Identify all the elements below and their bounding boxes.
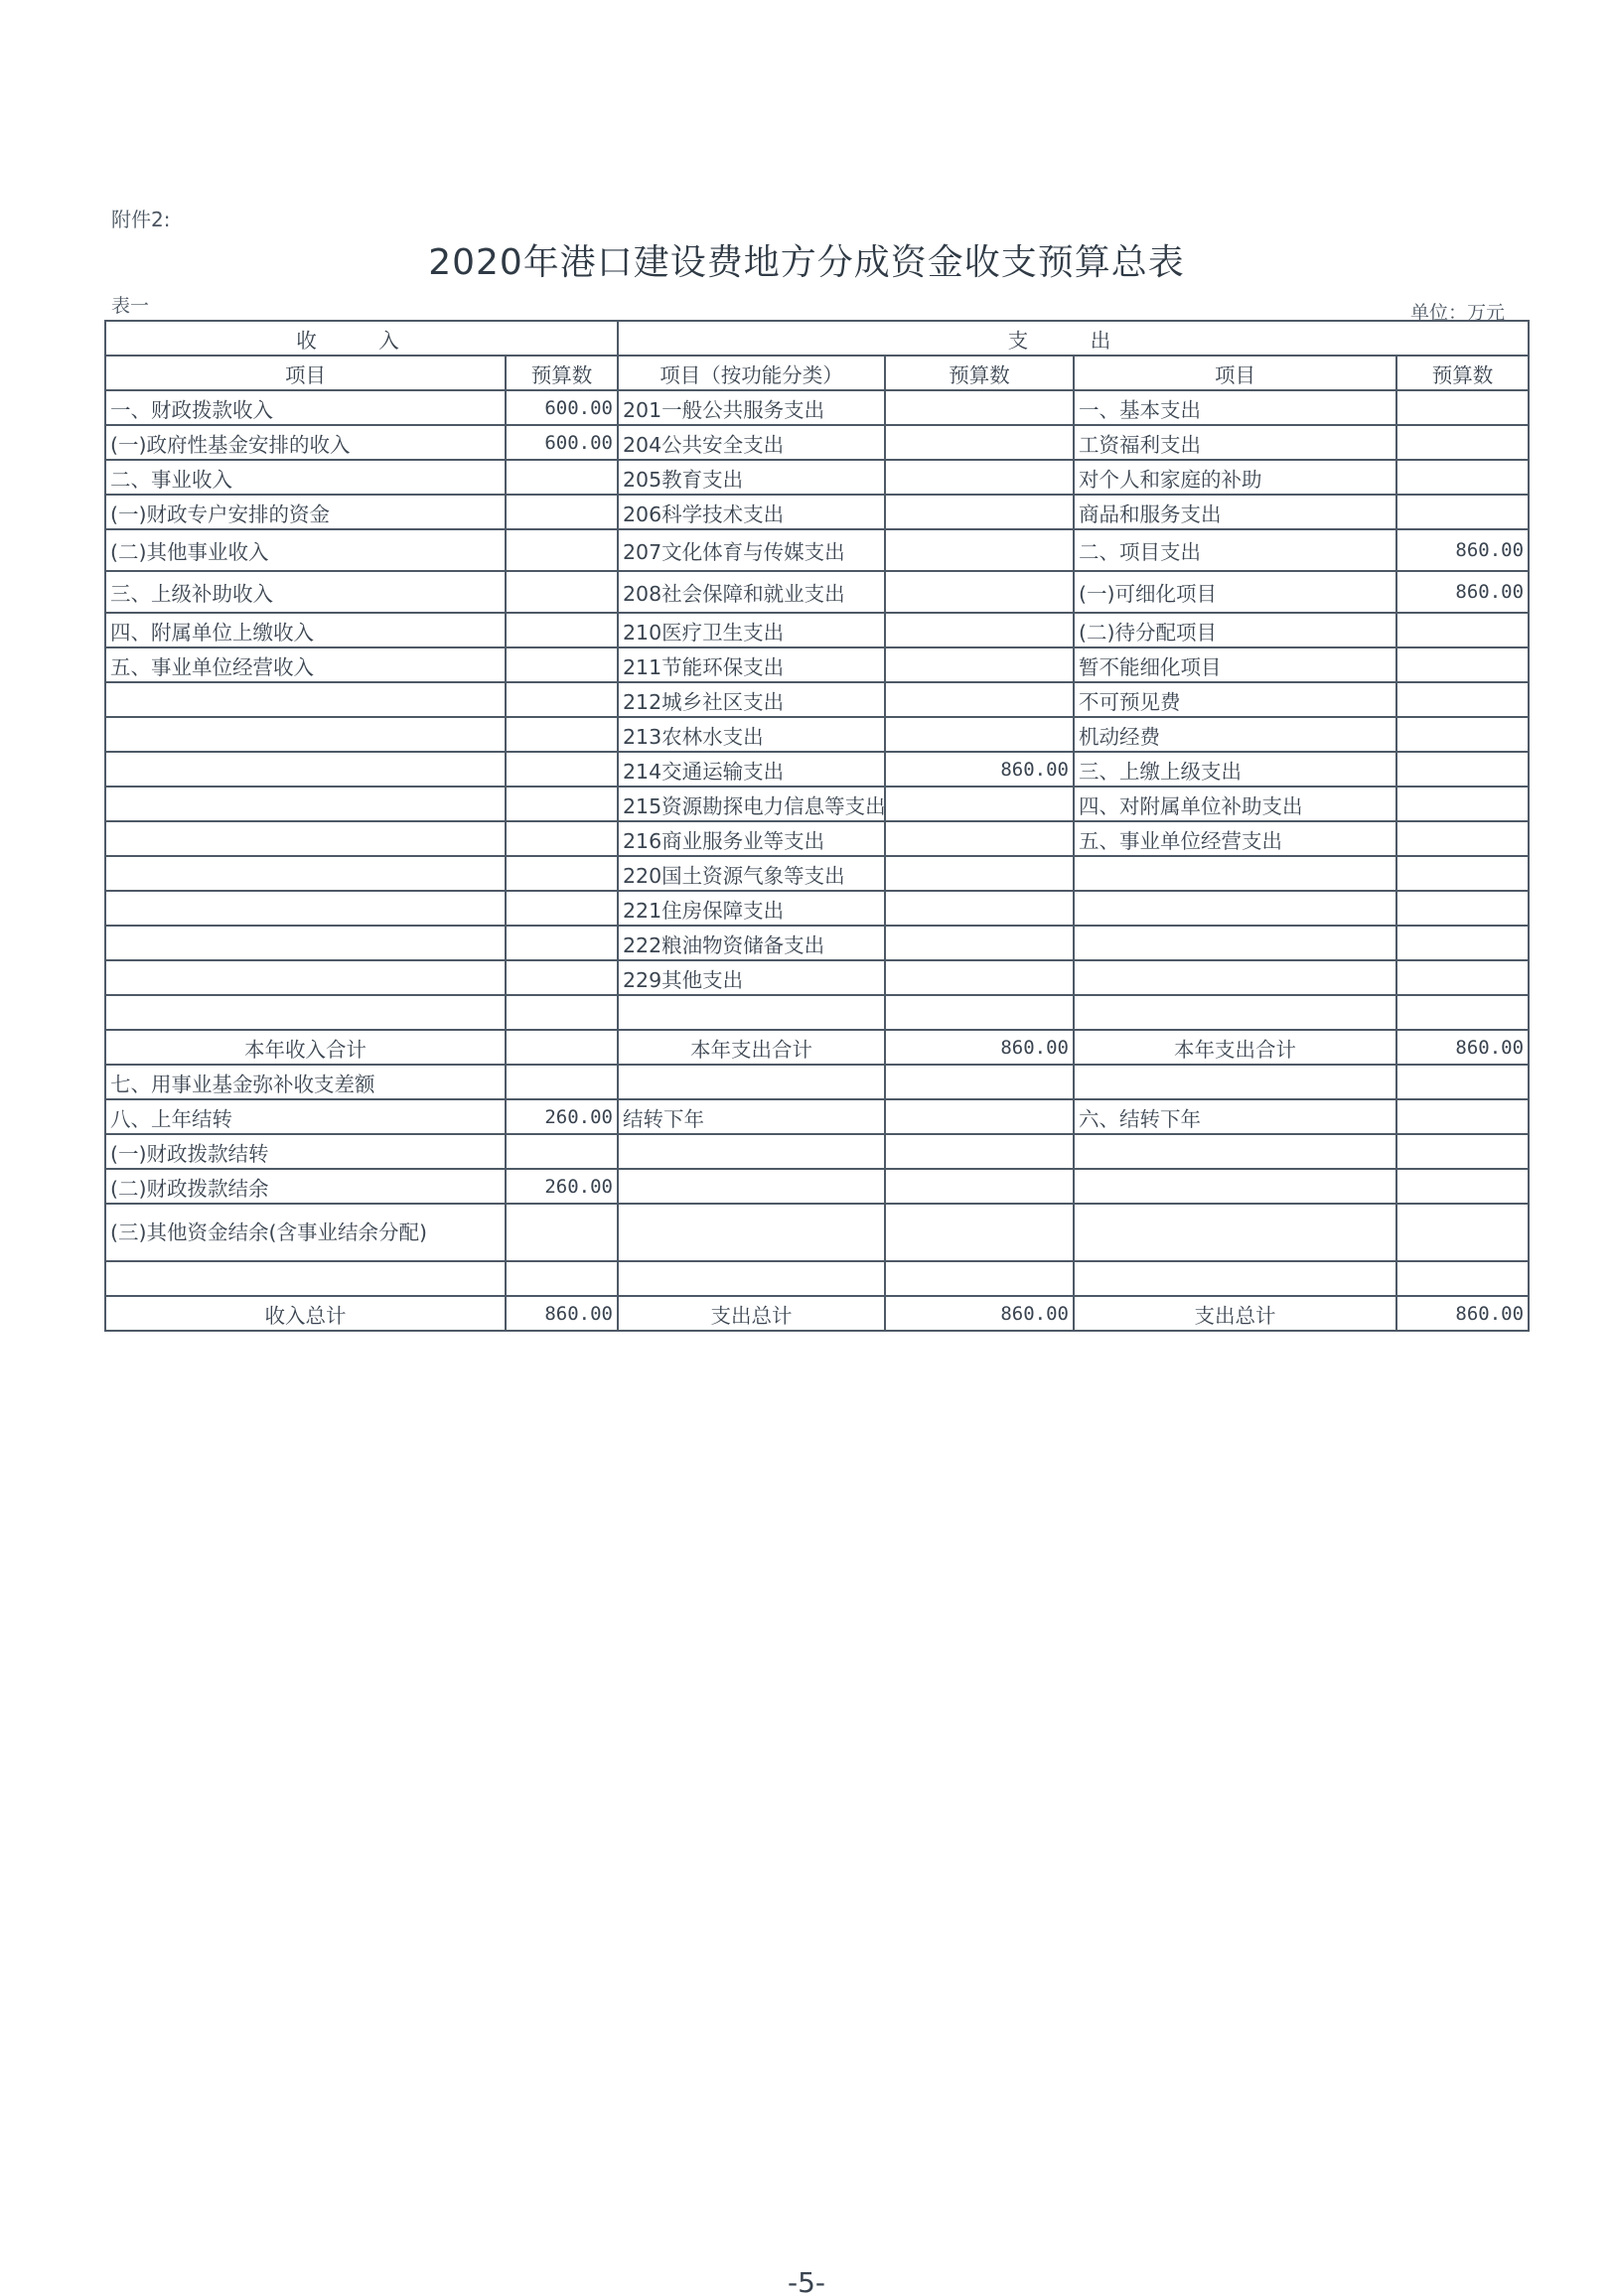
table-number: 表一 [111, 291, 149, 318]
page-number: -5- [0, 2266, 1613, 2296]
income-budget-cell [506, 613, 618, 647]
income-budget-cell [506, 995, 618, 1030]
func-budget-cell [885, 1065, 1074, 1099]
econ-item-cell [1074, 856, 1396, 891]
econ-budget-cell [1396, 960, 1529, 995]
func-item-cell: 本年支出合计 [618, 1030, 885, 1065]
income-budget-cell [506, 926, 618, 960]
econ-budget-cell [1396, 995, 1529, 1030]
income-item-cell: 本年收入合计 [105, 1030, 506, 1065]
func-budget-cell [885, 460, 1074, 495]
econ-budget-cell: 860.00 [1396, 1296, 1529, 1331]
econ-item-cell [1074, 1261, 1396, 1296]
econ-budget-cell [1396, 856, 1529, 891]
func-item-cell: 208社会保障和就业支出 [618, 571, 885, 613]
income-budget-cell [506, 682, 618, 717]
income-budget-cell [506, 891, 618, 926]
income-item-cell: 八、上年结转 [105, 1099, 506, 1134]
income-budget-cell [506, 1204, 618, 1261]
table-row: 215资源勘探电力信息等支出四、对附属单位补助支出 [105, 787, 1529, 821]
income-item-cell: (一)政府性基金安排的收入 [105, 425, 506, 460]
econ-item-cell [1074, 1065, 1396, 1099]
func-item-cell: 216商业服务业等支出 [618, 821, 885, 856]
income-budget-cell [506, 717, 618, 752]
econ-budget-cell [1396, 926, 1529, 960]
income-budget-cell [506, 1065, 618, 1099]
func-budget-cell [885, 1169, 1074, 1204]
income-item-cell: (二)财政拨款结余 [105, 1169, 506, 1204]
income-budget-cell [506, 647, 618, 682]
table-row: (三)其他资金结余(含事业结余分配) [105, 1204, 1529, 1261]
econ-budget-cell: 860.00 [1396, 1030, 1529, 1065]
econ-budget-cell [1396, 717, 1529, 752]
econ-budget-cell [1396, 390, 1529, 425]
func-item-cell: 229其他支出 [618, 960, 885, 995]
econ-budget-cell [1396, 1169, 1529, 1204]
table-row: 三、上级补助收入208社会保障和就业支出(一)可细化项目860.00 [105, 571, 1529, 613]
attachment-label: 附件2: [111, 204, 170, 232]
table-row: 五、事业单位经营收入211节能环保支出暂不能细化项目 [105, 647, 1529, 682]
income-item-cell [105, 960, 506, 995]
income-budget-cell [506, 571, 618, 613]
income-budget-cell [506, 1134, 618, 1169]
econ-item-cell: 商品和服务支出 [1074, 495, 1396, 529]
econ-budget-cell [1396, 752, 1529, 787]
income-budget-cell [506, 460, 618, 495]
func-item-cell: 207文化体育与传媒支出 [618, 529, 885, 571]
total-row: 收入总计860.00支出总计860.00支出总计860.00 [105, 1296, 1529, 1331]
func-budget-cell [885, 425, 1074, 460]
table-row: 二、事业收入205教育支出对个人和家庭的补助 [105, 460, 1529, 495]
econ-item-cell [1074, 926, 1396, 960]
table-row: 216商业服务业等支出五、事业单位经营支出 [105, 821, 1529, 856]
subtotal-row: 本年收入合计本年支出合计860.00本年支出合计860.00 [105, 1030, 1529, 1065]
income-item-cell: 四、附属单位上缴收入 [105, 613, 506, 647]
func-item-cell: 215资源勘探电力信息等支出 [618, 787, 885, 821]
func-item-header: 项目（按功能分类） [618, 356, 885, 390]
econ-item-cell [1074, 1134, 1396, 1169]
func-budget-cell [885, 682, 1074, 717]
econ-item-cell: 六、结转下年 [1074, 1099, 1396, 1134]
income-budget-cell [506, 529, 618, 571]
func-item-cell: 212城乡社区支出 [618, 682, 885, 717]
income-item-cell: (一)财政拨款结转 [105, 1134, 506, 1169]
econ-item-cell: 不可预见费 [1074, 682, 1396, 717]
func-item-cell: 220国土资源气象等支出 [618, 856, 885, 891]
income-budget-cell [506, 1261, 618, 1296]
income-budget-cell: 600.00 [506, 425, 618, 460]
func-item-cell [618, 1261, 885, 1296]
econ-item-cell: 支出总计 [1074, 1296, 1396, 1331]
income-item-cell [105, 891, 506, 926]
income-item-cell: (二)其他事业收入 [105, 529, 506, 571]
func-item-cell: 201一般公共服务支出 [618, 390, 885, 425]
func-item-cell [618, 1134, 885, 1169]
func-item-cell: 222粮油物资储备支出 [618, 926, 885, 960]
func-budget-cell [885, 717, 1074, 752]
econ-item-cell: 工资福利支出 [1074, 425, 1396, 460]
table-row: 214交通运输支出860.00三、上缴上级支出 [105, 752, 1529, 787]
func-budget-cell [885, 571, 1074, 613]
income-item-cell [105, 821, 506, 856]
income-section-header: 收 入 [105, 321, 618, 356]
table-row: 222粮油物资储备支出 [105, 926, 1529, 960]
econ-budget-cell [1396, 1099, 1529, 1134]
income-budget-cell [506, 1030, 618, 1065]
func-budget-cell [885, 647, 1074, 682]
table-row: 八、上年结转260.00结转下年六、结转下年 [105, 1099, 1529, 1134]
table-row: 221住房保障支出 [105, 891, 1529, 926]
func-budget-cell [885, 856, 1074, 891]
table-row: 一、财政拨款收入600.00201一般公共服务支出一、基本支出 [105, 390, 1529, 425]
income-item-cell: 一、财政拨款收入 [105, 390, 506, 425]
income-budget-cell: 260.00 [506, 1169, 618, 1204]
income-item-header: 项目 [105, 356, 506, 390]
func-budget-cell [885, 1204, 1074, 1261]
econ-item-cell: (一)可细化项目 [1074, 571, 1396, 613]
income-item-cell: 收入总计 [105, 1296, 506, 1331]
econ-budget-cell [1396, 495, 1529, 529]
func-item-cell [618, 1204, 885, 1261]
income-budget-cell [506, 495, 618, 529]
econ-item-cell: 四、对附属单位补助支出 [1074, 787, 1396, 821]
func-budget-cell [885, 821, 1074, 856]
func-budget-cell [885, 1261, 1074, 1296]
income-item-cell [105, 1261, 506, 1296]
func-item-cell: 210医疗卫生支出 [618, 613, 885, 647]
func-item-cell: 214交通运输支出 [618, 752, 885, 787]
income-item-cell [105, 926, 506, 960]
income-item-cell [105, 995, 506, 1030]
econ-item-cell: 二、项目支出 [1074, 529, 1396, 571]
table-row: (二)财政拨款结余260.00 [105, 1169, 1529, 1204]
func-budget-cell [885, 390, 1074, 425]
income-budget-cell: 860.00 [506, 1296, 618, 1331]
expense-section-header: 支 出 [618, 321, 1529, 356]
func-item-cell: 221住房保障支出 [618, 891, 885, 926]
func-budget-cell [885, 891, 1074, 926]
income-item-cell: 七、用事业基金弥补收支差额 [105, 1065, 506, 1099]
table-row: 四、附属单位上缴收入210医疗卫生支出(二)待分配项目 [105, 613, 1529, 647]
econ-budget-cell [1396, 1204, 1529, 1261]
column-header-row: 项目 预算数 项目（按功能分类） 预算数 项目 预算数 [105, 356, 1529, 390]
func-item-cell: 结转下年 [618, 1099, 885, 1134]
income-item-cell: 三、上级补助收入 [105, 571, 506, 613]
func-item-cell: 205教育支出 [618, 460, 885, 495]
func-budget-cell: 860.00 [885, 752, 1074, 787]
income-item-cell [105, 682, 506, 717]
func-budget-cell: 860.00 [885, 1030, 1074, 1065]
table-row: 212城乡社区支出不可预见费 [105, 682, 1529, 717]
econ-budget-cell [1396, 1134, 1529, 1169]
econ-budget-cell [1396, 460, 1529, 495]
income-item-cell [105, 787, 506, 821]
func-budget-cell: 860.00 [885, 1296, 1074, 1331]
econ-item-cell [1074, 1204, 1396, 1261]
table-row: (一)财政专户安排的资金206科学技术支出商品和服务支出 [105, 495, 1529, 529]
econ-item-cell [1074, 1169, 1396, 1204]
income-budget-header: 预算数 [506, 356, 618, 390]
section-header-row: 收 入 支 出 [105, 321, 1529, 356]
table-row: (一)财政拨款结转 [105, 1134, 1529, 1169]
econ-item-cell: 机动经费 [1074, 717, 1396, 752]
econ-item-cell: 对个人和家庭的补助 [1074, 460, 1396, 495]
econ-item-cell [1074, 891, 1396, 926]
income-item-cell: (一)财政专户安排的资金 [105, 495, 506, 529]
econ-item-cell: (二)待分配项目 [1074, 613, 1396, 647]
econ-budget-cell [1396, 613, 1529, 647]
func-budget-cell [885, 529, 1074, 571]
econ-budget-cell [1396, 425, 1529, 460]
func-item-cell: 204公共安全支出 [618, 425, 885, 460]
func-item-cell [618, 995, 885, 1030]
table-row: 213农林水支出机动经费 [105, 717, 1529, 752]
income-budget-cell [506, 856, 618, 891]
table-row: 229其他支出 [105, 960, 1529, 995]
table-row [105, 995, 1529, 1030]
econ-item-cell: 三、上缴上级支出 [1074, 752, 1396, 787]
income-budget-cell: 260.00 [506, 1099, 618, 1134]
table-row: (一)政府性基金安排的收入600.00204公共安全支出工资福利支出 [105, 425, 1529, 460]
econ-budget-header: 预算数 [1396, 356, 1529, 390]
income-budget-cell [506, 821, 618, 856]
func-budget-header: 预算数 [885, 356, 1074, 390]
income-item-cell [105, 752, 506, 787]
econ-item-cell: 一、基本支出 [1074, 390, 1396, 425]
income-budget-cell [506, 752, 618, 787]
page-title: 2020年港口建设费地方分成资金收支预算总表 [0, 234, 1613, 285]
table-row: 220国土资源气象等支出 [105, 856, 1529, 891]
budget-table: 收 入 支 出 项目 预算数 项目（按功能分类） 预算数 项目 预算数 一、财政… [104, 320, 1530, 1332]
econ-budget-cell [1396, 1261, 1529, 1296]
func-budget-cell [885, 787, 1074, 821]
econ-item-cell [1074, 995, 1396, 1030]
econ-budget-cell [1396, 647, 1529, 682]
func-item-cell: 213农林水支出 [618, 717, 885, 752]
func-budget-cell [885, 995, 1074, 1030]
econ-item-cell: 本年支出合计 [1074, 1030, 1396, 1065]
econ-item-cell: 五、事业单位经营支出 [1074, 821, 1396, 856]
econ-item-cell: 暂不能细化项目 [1074, 647, 1396, 682]
econ-budget-cell [1396, 787, 1529, 821]
table-row [105, 1261, 1529, 1296]
econ-budget-cell [1396, 682, 1529, 717]
econ-budget-cell [1396, 1065, 1529, 1099]
func-budget-cell [885, 1099, 1074, 1134]
econ-budget-cell [1396, 821, 1529, 856]
income-item-cell: 五、事业单位经营收入 [105, 647, 506, 682]
func-item-cell: 206科学技术支出 [618, 495, 885, 529]
func-budget-cell [885, 495, 1074, 529]
econ-item-cell [1074, 960, 1396, 995]
income-item-cell [105, 717, 506, 752]
func-item-cell [618, 1169, 885, 1204]
econ-budget-cell: 860.00 [1396, 529, 1529, 571]
func-budget-cell [885, 613, 1074, 647]
table-row: (二)其他事业收入207文化体育与传媒支出二、项目支出860.00 [105, 529, 1529, 571]
income-budget-cell: 600.00 [506, 390, 618, 425]
func-budget-cell [885, 926, 1074, 960]
func-budget-cell [885, 1134, 1074, 1169]
income-item-cell: (三)其他资金结余(含事业结余分配) [105, 1204, 506, 1261]
income-item-cell: 二、事业收入 [105, 460, 506, 495]
income-budget-cell [506, 787, 618, 821]
income-budget-cell [506, 960, 618, 995]
econ-budget-cell [1396, 891, 1529, 926]
func-budget-cell [885, 960, 1074, 995]
econ-budget-cell: 860.00 [1396, 571, 1529, 613]
econ-item-header: 项目 [1074, 356, 1396, 390]
func-item-cell [618, 1065, 885, 1099]
income-item-cell [105, 856, 506, 891]
table-row: 七、用事业基金弥补收支差额 [105, 1065, 1529, 1099]
func-item-cell: 支出总计 [618, 1296, 885, 1331]
func-item-cell: 211节能环保支出 [618, 647, 885, 682]
